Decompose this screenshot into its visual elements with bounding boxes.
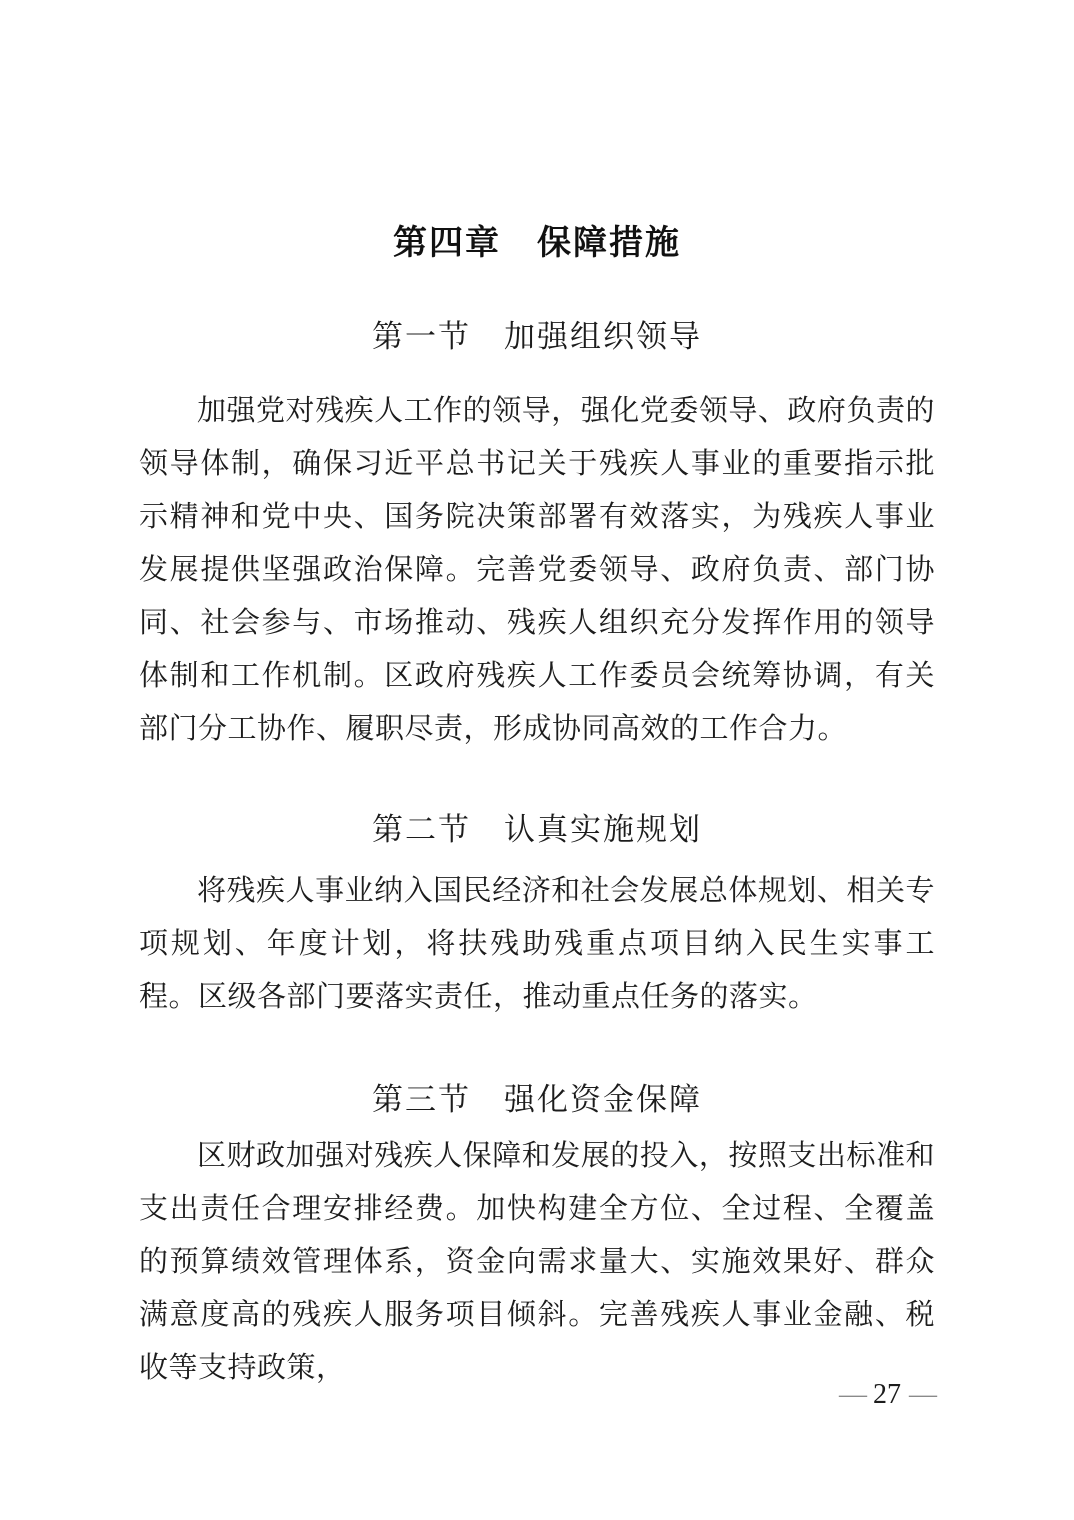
page-footer: — 27 — [839, 1378, 935, 1412]
document-page: 第四章 保障措施 第一节 加强组织领导 加强党对残疾人工作的领导，强化党委领导、… [0, 0, 1074, 1520]
page-number: 27 [873, 1378, 901, 1412]
section-2-paragraph: 将残疾人事业纳入国民经济和社会发展总体规划、相关专项规划、年度计划，将扶残助残重… [139, 865, 935, 1024]
footer-dash-right: — [909, 1378, 935, 1412]
chapter-title: 第四章 保障措施 [0, 223, 1074, 264]
section-1-paragraph: 加强党对残疾人工作的领导，强化党委领导、政府负责的领导体制，确保习近平总书记关于… [139, 385, 935, 756]
section-1-heading: 第一节 加强组织领导 [0, 317, 1074, 357]
section-2-heading: 第二节 认真实施规划 [0, 810, 1074, 850]
section-3-paragraph: 区财政加强对残疾人保障和发展的投入，按照支出标准和支出责任合理安排经费。加快构建… [139, 1130, 935, 1395]
section-3-heading: 第三节 强化资金保障 [0, 1080, 1074, 1120]
footer-dash-left: — [839, 1378, 865, 1412]
